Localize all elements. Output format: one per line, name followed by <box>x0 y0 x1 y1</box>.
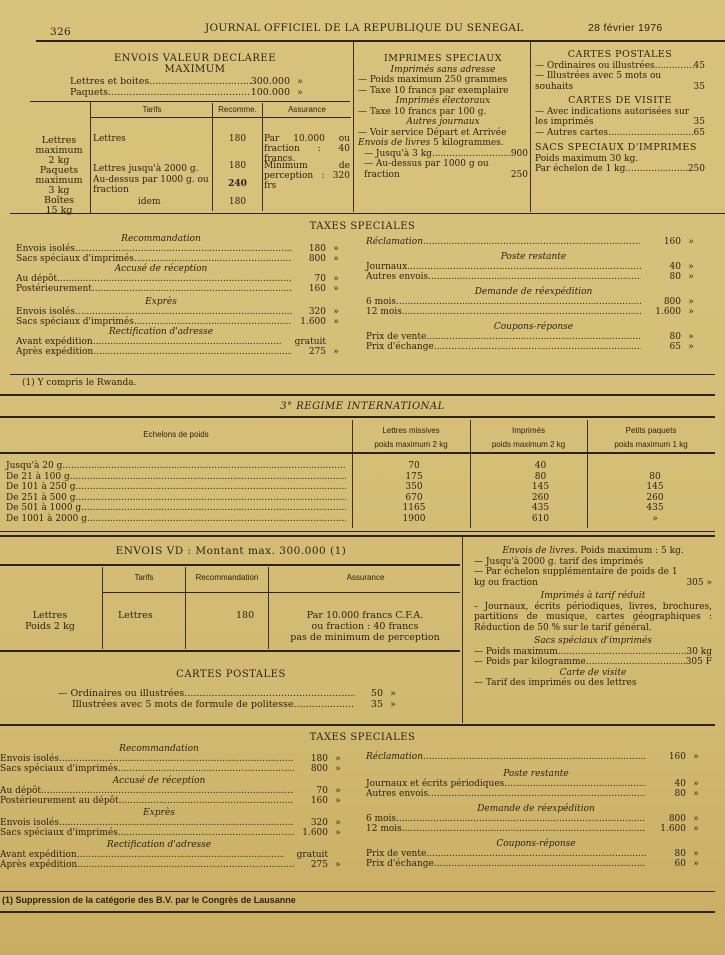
subsection-heading: Recommandation <box>16 234 346 244</box>
subsection-heading: Rectification d'adresse <box>0 840 348 850</box>
livres-heading: Envois de livres. <box>502 546 577 556</box>
recomm-cell: 180 <box>213 134 262 161</box>
item-value: 35 <box>694 117 705 128</box>
item-value: 35 <box>694 82 705 93</box>
list-item: Réclamation160» <box>366 752 706 762</box>
list-item: Postérieurement au dépôt160» <box>0 796 348 806</box>
list-item: Journaux et écrits périodiques40» <box>366 779 706 789</box>
list-item: Autres envois80» <box>366 272 701 282</box>
vd-top-title: ENVOIS VALEUR DECLAREE <box>40 53 350 64</box>
column-header: Recommandation <box>186 573 268 582</box>
list-item: 6 mois800» <box>366 814 706 824</box>
list-item: Après expédition275» <box>0 860 348 870</box>
list-item: Au dépôt70» <box>0 786 348 796</box>
livres-bottom-block: Envois de livres. Poids maximum : 5 kg. … <box>474 546 712 689</box>
list-item: Sacs spéciaux d'imprimés800» <box>0 764 348 774</box>
list-item: — Jusqu'à 3 kg900 <box>358 149 528 160</box>
list-item: Prix d'échange65» <box>366 342 701 352</box>
list-item: Réclamation160» <box>366 237 701 247</box>
page-number: 326 <box>50 26 71 38</box>
item-value: 300.000 <box>251 76 290 87</box>
section-rule <box>0 416 715 418</box>
column-header: Assurance <box>263 105 351 114</box>
vd-top-block: ENVOIS VALEUR DECLAREE MAXIMUM <box>40 53 350 75</box>
list-item: Envois isolés320» <box>16 307 346 317</box>
taxes-top-title: TAXES SPECIALES <box>0 221 725 232</box>
taxes-bottom-left: Recommandation Envois isolés180» Sacs sp… <box>0 744 348 870</box>
list-item: Lettres et boites300.000» <box>70 76 310 87</box>
list-item: Paquets100.000» <box>70 87 310 98</box>
vd-top-assurance: Par 10.000 ou fraction : 40 francs. Mini… <box>264 134 350 191</box>
list-item: — Avec indications autorisées sur les im… <box>535 107 705 128</box>
subsection-heading: Accusé de réception <box>16 264 346 274</box>
table-row: De 1001 à 2000 g1900610» <box>6 514 718 525</box>
column-divider <box>353 42 354 212</box>
list-item: — Ordinaires ou illustrées50» <box>58 688 403 699</box>
list-item: — Ordinaires ou illustrées45 <box>535 61 705 72</box>
table-rule <box>30 101 350 102</box>
table-rule <box>103 592 460 593</box>
section-title: CARTES DE VISITE <box>535 96 705 107</box>
list-item: — Taxe 10 francs par exemplaire <box>358 86 528 97</box>
table-row: De 21 à 100 g1758080 <box>6 472 718 483</box>
section-title: CARTES POSTALES <box>535 50 705 61</box>
list-item: — Par échelon supplémentaire de poids de… <box>474 567 712 588</box>
list-item: — Tarif des imprimés ou des lettres <box>474 678 712 689</box>
journal-title: JOURNAL OFFICIEL DE LA REPUBLIQUE DU SEN… <box>205 22 524 34</box>
section-title: SACS SPECIAUX D'IMPRIMES <box>535 143 705 154</box>
list-item: Envois isolés180» <box>0 754 348 764</box>
section-title: IMPRIMES SPECIAUX <box>358 54 528 65</box>
list-item: Prix de vente80» <box>366 332 701 342</box>
list-item: — Au-dessus par 1000 g ou fraction250 <box>358 159 528 180</box>
list-item: — Taxe 10 francs par 100 g. <box>358 107 528 118</box>
item-label: Lettres et boites <box>70 76 149 87</box>
item-value: 900 <box>511 149 528 160</box>
taxes-top-left: Recommandation Envois isolés180» Sacs sp… <box>16 234 346 357</box>
subsection-heading: Accusé de réception <box>0 776 348 786</box>
tarif-cell: idem <box>93 197 211 208</box>
assurance-cell: Minimum de perception : 320 frs <box>264 161 350 191</box>
cartes-top-block: CARTES POSTALES — Ordinaires ou illustré… <box>535 50 705 175</box>
list-item: Journaux40» <box>366 262 701 272</box>
subsection-heading: Exprès <box>16 297 346 307</box>
list-item: Au dépôt70» <box>16 274 346 284</box>
column-header: Impriméspoids maximum 2 kg <box>470 424 587 452</box>
table-row: De 251 à 500 g670260260 <box>6 493 718 504</box>
subsection-heading: Sacs spéciaux d'imprimés <box>474 636 712 647</box>
list-item: Avant expéditiongratuit <box>0 850 348 860</box>
subsection-heading: Demande de réexpédition <box>366 287 701 297</box>
vd-top-max-list: Lettres et boites300.000» Paquets100.000… <box>70 76 310 98</box>
list-item: Par échelon de 1 kg250 <box>535 164 705 175</box>
subsection-heading: Recommandation <box>0 744 348 754</box>
vd-bottom-title: ENVOIS VD : Montant max. 300.000 (1) <box>0 545 462 557</box>
vd-bottom-weight-label: LettresPoids 2 kg <box>0 610 100 632</box>
vd-bottom-recomm: 180 <box>236 610 254 621</box>
list-item: Prix de vente80» <box>366 849 706 859</box>
subsection-heading: Imprimés sans adresse <box>358 65 528 76</box>
item-value: 250 <box>511 170 528 181</box>
taxes-bottom-title: TAXES SPECIALES <box>0 732 725 743</box>
imprimes-speciaux-block: IMPRIMES SPECIAUX Imprimés sans adresse … <box>358 54 528 180</box>
column-divider <box>462 537 463 723</box>
list-item: — Poids maximum30 kg <box>474 647 712 658</box>
table-divider <box>262 103 263 211</box>
subsection-heading: Demande de réexpédition <box>366 804 706 814</box>
recomm-cell: 180 <box>213 197 262 208</box>
column-header: Tarifs <box>103 573 185 582</box>
column-header: Tarifs <box>92 105 212 114</box>
list-item: Sacs spéciaux d'imprimés1.600» <box>0 828 348 838</box>
section-rule <box>0 531 715 532</box>
list-item: Envois isolés180» <box>16 244 346 254</box>
subsection-heading: Coupons-réponse <box>366 322 701 332</box>
international-table-body: Jusqu'à 20 g7040 De 21 à 100 g1758080 De… <box>6 461 718 524</box>
list-item: Envois isolés320» <box>0 818 348 828</box>
tarif-cell: Lettres <box>93 134 211 164</box>
item-value: 100.000 <box>251 87 290 98</box>
taxes-top-right: Réclamation160» Poste restante Journaux4… <box>366 237 701 352</box>
header-rule <box>36 40 725 42</box>
list-item: Sacs spéciaux d'imprimés800» <box>16 254 346 264</box>
section-rule <box>0 535 715 537</box>
list-item: Avant expéditiongratuit <box>16 337 346 347</box>
list-item: 6 mois800» <box>366 297 701 307</box>
vd-top-subtitle: MAXIMUM <box>40 64 350 75</box>
vd-top-weight-label: Lettresmaximum2 kgPaquetsmaximum3 kgBoît… <box>30 136 88 216</box>
vd-bottom-assurance: Par 10.000 francs C.F.A.ou fraction : 40… <box>270 610 460 643</box>
section-rule <box>0 911 715 913</box>
column-header: Assurance <box>269 573 462 582</box>
livres-heading-rest: Poids maximum : 5 kg. <box>580 546 683 556</box>
vd-bottom-tarif: Lettres <box>118 610 153 621</box>
list-item: Autres envois80» <box>366 789 706 799</box>
table-rule <box>0 650 460 652</box>
list-item: Postérieurement160» <box>16 284 346 294</box>
section-rule <box>0 394 715 396</box>
list-item: 12 mois1.600» <box>366 824 706 834</box>
issue-date: 28 février 1976 <box>588 22 663 34</box>
subsection-heading: Rectification d'adresse <box>16 327 346 337</box>
table-row: De 101 à 250 g350145145 <box>6 482 718 493</box>
footnote-top: (1) Y compris le Rwanda. <box>22 378 137 389</box>
table-row: De 501 à 1000 g1165435435 <box>6 503 718 514</box>
list-item: Sacs spéciaux d'imprimés1.600» <box>16 317 346 327</box>
list-item: — Poids par kilogramme305 F <box>474 657 712 668</box>
cartes-postales-bottom-title: CARTES POSTALES <box>0 669 462 680</box>
item-unit: » <box>290 87 310 98</box>
column-divider <box>530 42 531 212</box>
vd-top-recomm: 180 180 240 180 <box>213 134 262 208</box>
section-rule <box>0 891 715 892</box>
list-item: — Voir service Départ et Arrivée <box>358 128 528 139</box>
list-item: — Poids maximum 250 grammes <box>358 75 528 86</box>
list-item: — Illustrées avec 5 mots ou souhaits35 <box>535 71 705 92</box>
reduit-text: – Journaux, écrits périodiques, livres, … <box>474 602 712 634</box>
taxes-bottom-right: Réclamation160» Poste restante Journaux … <box>366 752 706 869</box>
table-row: Jusqu'à 20 g7040 <box>6 461 718 472</box>
section-rule <box>10 374 715 375</box>
list-item: — Jusqu'à 2000 g. tarif des imprimés <box>474 557 712 568</box>
subsection-heading: Poste restante <box>366 769 706 779</box>
tarif-cell: Lettres jusqu'à 2000 g. <box>93 164 211 175</box>
subsection-heading: Imprimés électoraux <box>358 96 528 107</box>
subsection-heading: Coupons-réponse <box>366 839 706 849</box>
table-rule <box>0 452 715 454</box>
section-rule <box>10 213 725 214</box>
column-header: Petits paquetspoids maximum 1 kg <box>587 424 715 452</box>
recomm-cell: 240 <box>213 179 262 197</box>
livres-heading-rest: 5 kilogrammes. <box>433 138 504 148</box>
list-item: Illustrées avec 5 mots de formule de pol… <box>58 699 403 710</box>
table-rule <box>0 564 460 566</box>
subsection-heading: Carte de visite <box>474 668 712 679</box>
cartes-postales-bottom-list: — Ordinaires ou illustrées50» Illustrées… <box>58 688 403 710</box>
table-rule <box>91 117 351 118</box>
subsection-heading: Autres journaux <box>358 117 528 128</box>
item-label: Paquets <box>70 87 108 98</box>
list-item: 12 mois1.600» <box>366 307 701 317</box>
section-rule <box>0 724 715 726</box>
assurance-cell: Par 10.000 ou fraction : 40 francs. <box>264 134 350 161</box>
item-value: 45 <box>694 61 705 72</box>
list-item: Après expédition275» <box>16 347 346 357</box>
livres-heading: Envois de livres <box>358 138 430 148</box>
subsection-heading: Exprès <box>0 808 348 818</box>
recomm-cell: 180 <box>213 161 262 179</box>
tarif-cell: Au-dessus par 1000 g. ou fraction <box>93 175 211 197</box>
subsection-heading: Imprimés à tarif réduit <box>474 591 712 602</box>
item-value: 65 <box>694 128 705 139</box>
subsection-heading: Poste restante <box>366 252 701 262</box>
list-item: Poids maximum 30 kg. <box>535 154 705 165</box>
column-header: Lettres missivespoids maximum 2 kg <box>352 424 470 452</box>
column-header: Recomme. <box>213 105 262 114</box>
footnote-bottom: (1) Suppression de la catégorie des B.V.… <box>2 895 296 906</box>
column-header: Echelons de poids <box>0 430 352 439</box>
item-unit: » <box>290 76 310 87</box>
list-item: Prix d'échange60» <box>366 859 706 869</box>
journal-page: 326 JOURNAL OFFICIEL DE LA REPUBLIQUE DU… <box>0 0 725 955</box>
vd-top-tarifs: Lettres Lettres jusqu'à 2000 g. Au-dessu… <box>93 134 211 208</box>
item-value: 250 <box>688 164 705 175</box>
list-item: — Autres cartes65 <box>535 128 705 139</box>
international-title: 3° REGIME INTERNATIONAL <box>0 401 725 412</box>
